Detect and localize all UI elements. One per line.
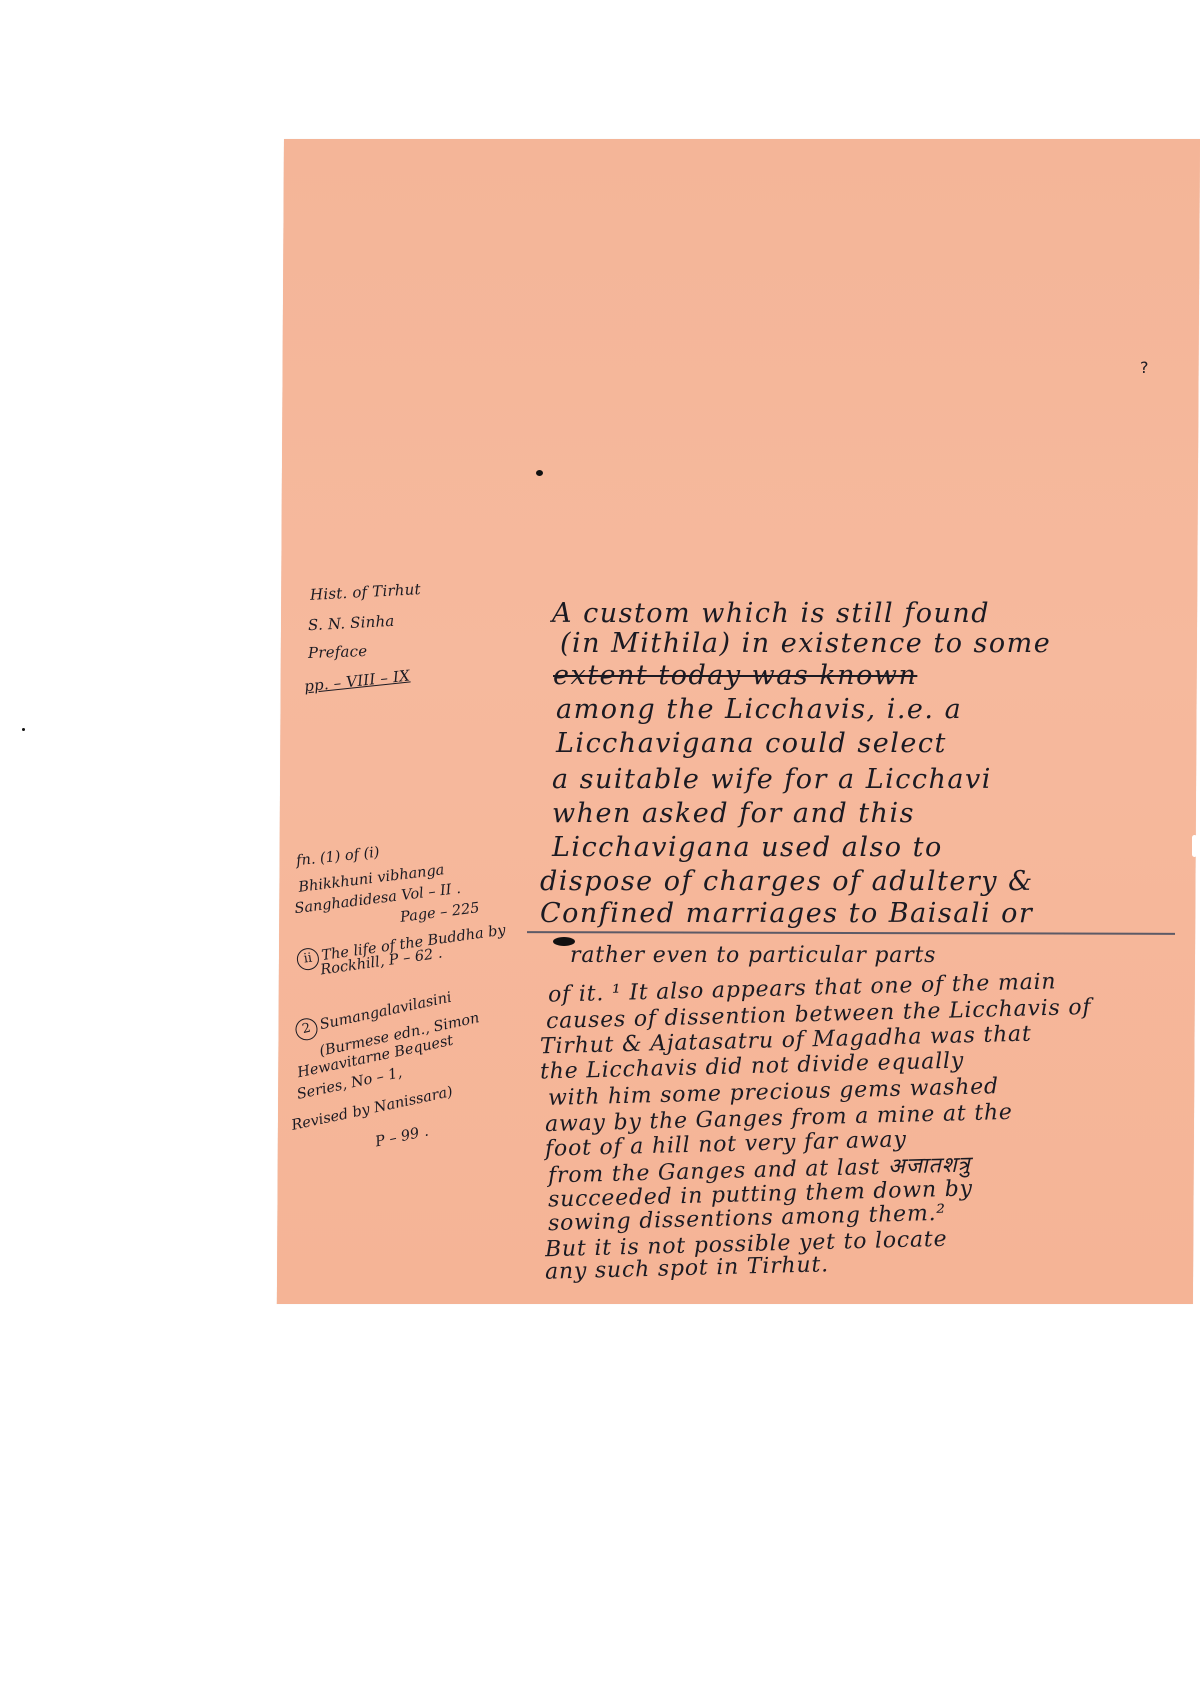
text-line: dispose of charges of adultery &: [540, 868, 1034, 895]
text-line: a suitable wife for a Licchavi: [552, 766, 992, 793]
corner-question-mark: ?: [1140, 358, 1149, 377]
text-line: Licchavigana could select: [556, 730, 947, 757]
text-line: Confined marriages to Baisali or: [540, 900, 1033, 927]
footnote-marker-ii: ii: [295, 947, 320, 972]
text-line: extent today was known: [553, 662, 917, 689]
text-line: (in Mithila) in existence to some: [560, 630, 1051, 657]
footnote-marker-2: 2: [293, 1016, 319, 1042]
margin-note-line: S. N. Sinha: [308, 614, 395, 634]
margin-note-line: Preface: [308, 644, 368, 661]
paper-tear: [1192, 835, 1197, 857]
text-line: among the Licchavis, i.e. a: [556, 696, 962, 723]
ink-dot: [536, 470, 543, 476]
text-line: when asked for and this: [552, 800, 915, 827]
text-line: Licchavigana used also to: [552, 834, 943, 861]
margin-speck: [22, 728, 25, 731]
text-line: rather even to particular parts: [570, 945, 936, 967]
text-line: A custom which is still found: [552, 600, 990, 627]
